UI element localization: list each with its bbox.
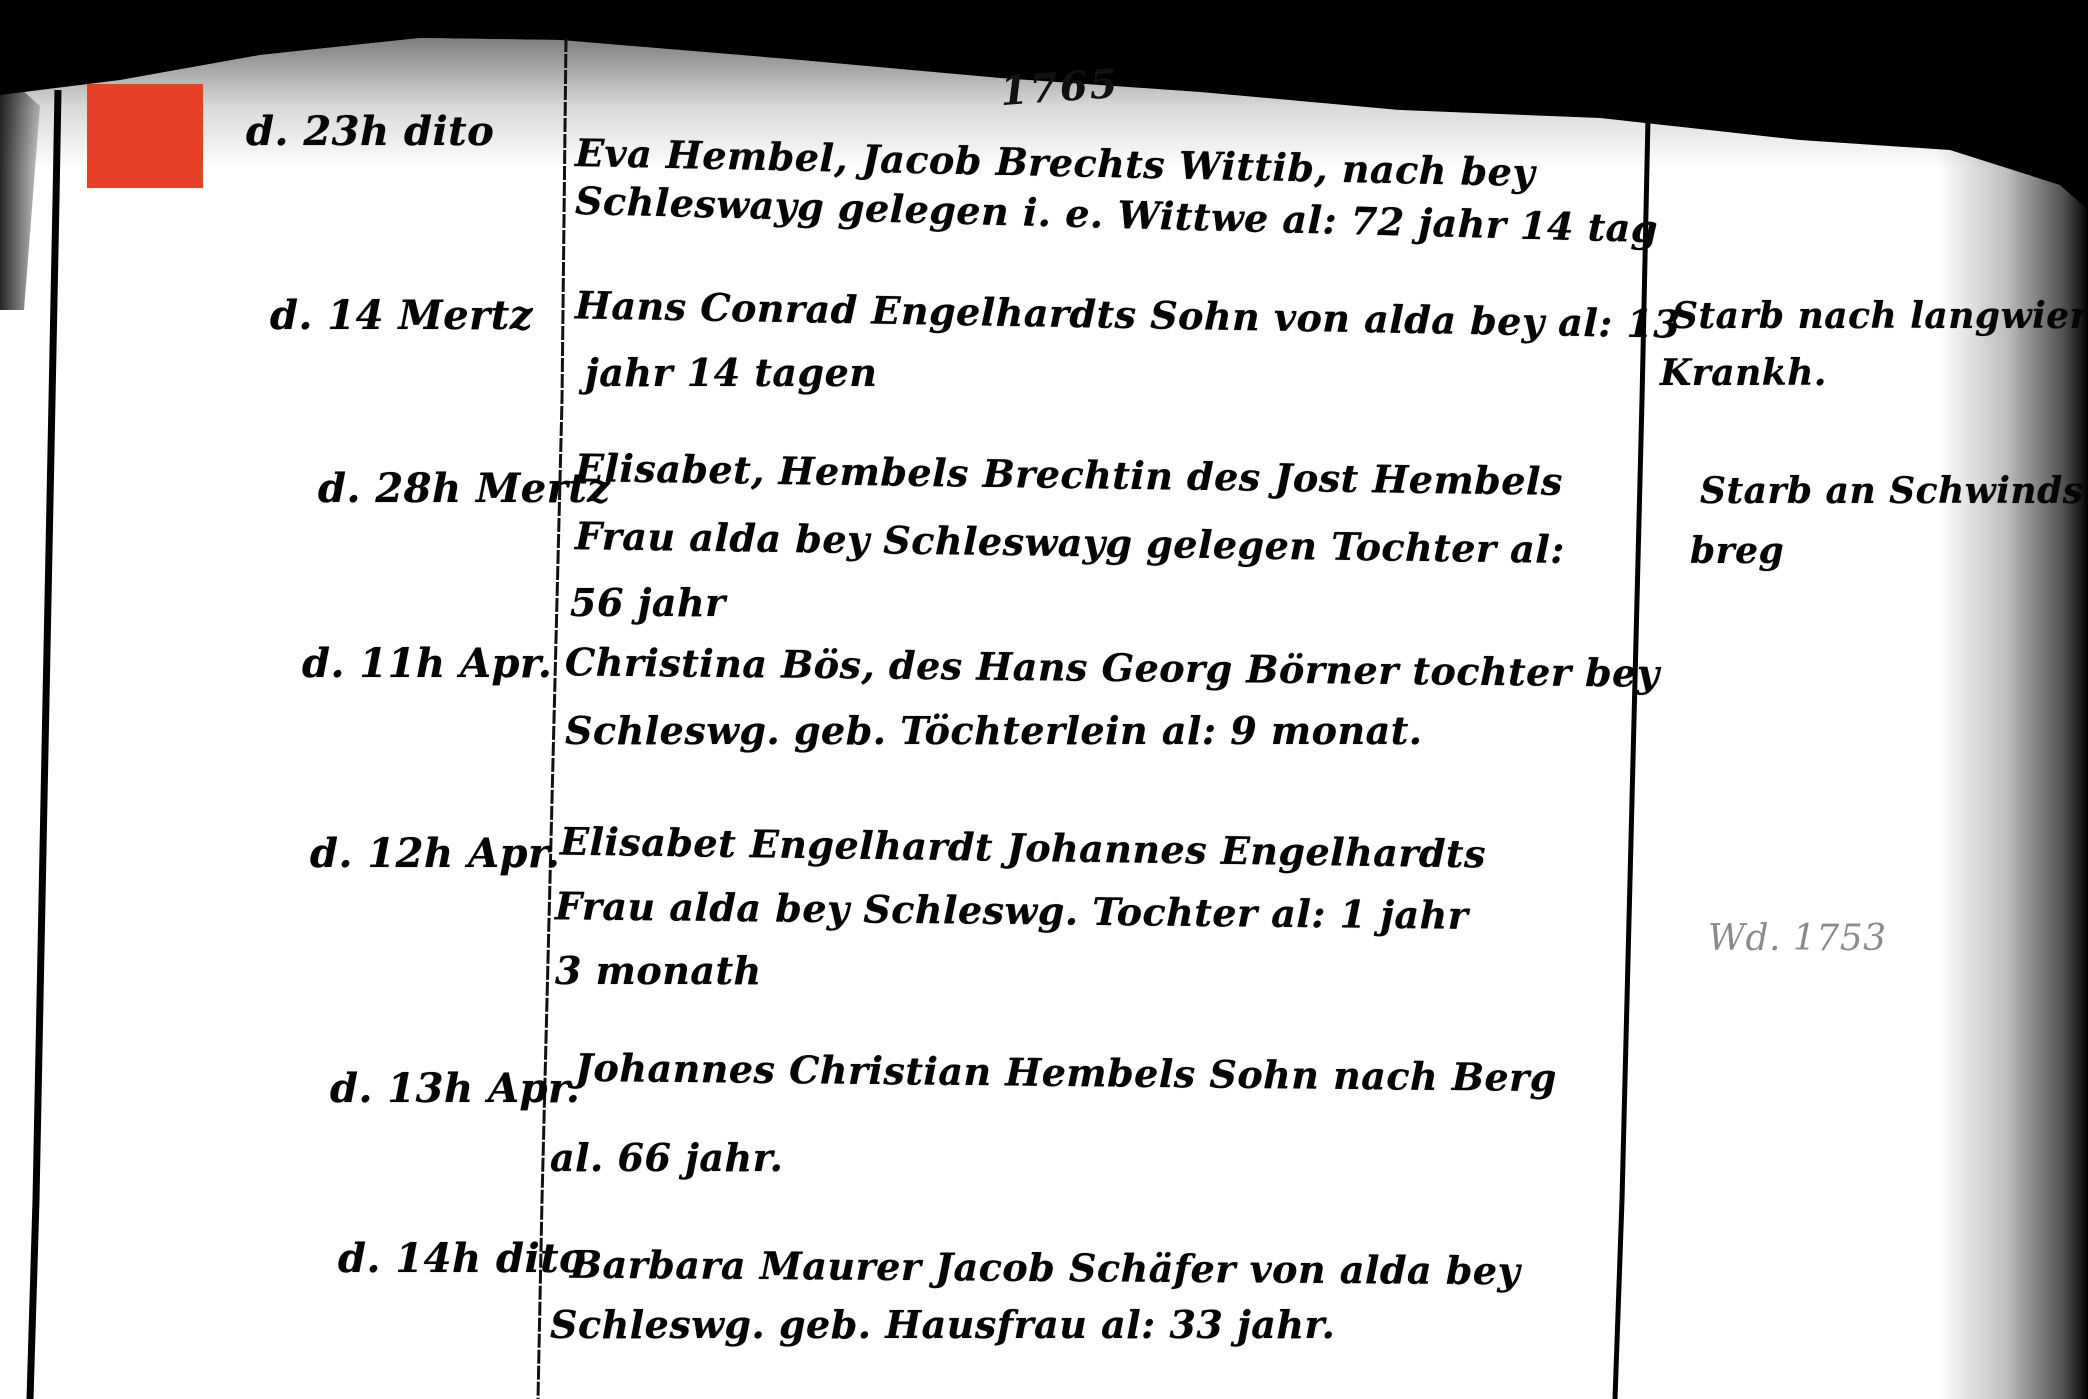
- entry-date: d. 13h Apr.: [330, 1065, 580, 1112]
- entry-line: Schleswg. geb. Hausfrau al: 33 jahr.: [550, 1302, 1335, 1347]
- entry-date: d. 11h Apr.: [302, 640, 552, 687]
- remark-line: Starb an Schwindsucht: [1700, 470, 2088, 512]
- entry-date: d. 14h dito: [338, 1235, 586, 1282]
- page-heading: 1765: [999, 60, 1121, 115]
- entry-line: 56 jahr: [570, 580, 726, 625]
- remark-line: breg: [1690, 530, 1784, 572]
- entry-line: Barbara Maurer Jacob Schäfer von alda be…: [570, 1242, 1520, 1294]
- entry-date: d. 28h Mertz: [318, 465, 610, 512]
- entry-line: Frau alda bey Schleswg. Tochter al: 1 ja…: [555, 883, 1469, 938]
- entry-date: d. 12h Apr.: [310, 830, 560, 877]
- remark-line: Krankh.: [1660, 352, 1827, 394]
- entry-line: al. 66 jahr.: [550, 1135, 783, 1180]
- entry-date: d. 14 Mertz: [270, 292, 533, 339]
- entry-line: jahr 14 tagen: [585, 350, 877, 395]
- entry-line: 3 monath: [555, 948, 762, 993]
- remark-line: Starb nach langwieriger: [1672, 295, 2088, 337]
- red-marker: [87, 84, 203, 188]
- remark-line: Wd. 1753: [1708, 918, 1887, 959]
- document-page: 1765 d. 23h dito Eva Hembel, Jacob Brech…: [0, 0, 2088, 1399]
- entry-line: Schleswg. geb. Töchterlein al: 9 monat.: [565, 708, 1423, 753]
- entry-date: d. 23h dito: [246, 108, 494, 155]
